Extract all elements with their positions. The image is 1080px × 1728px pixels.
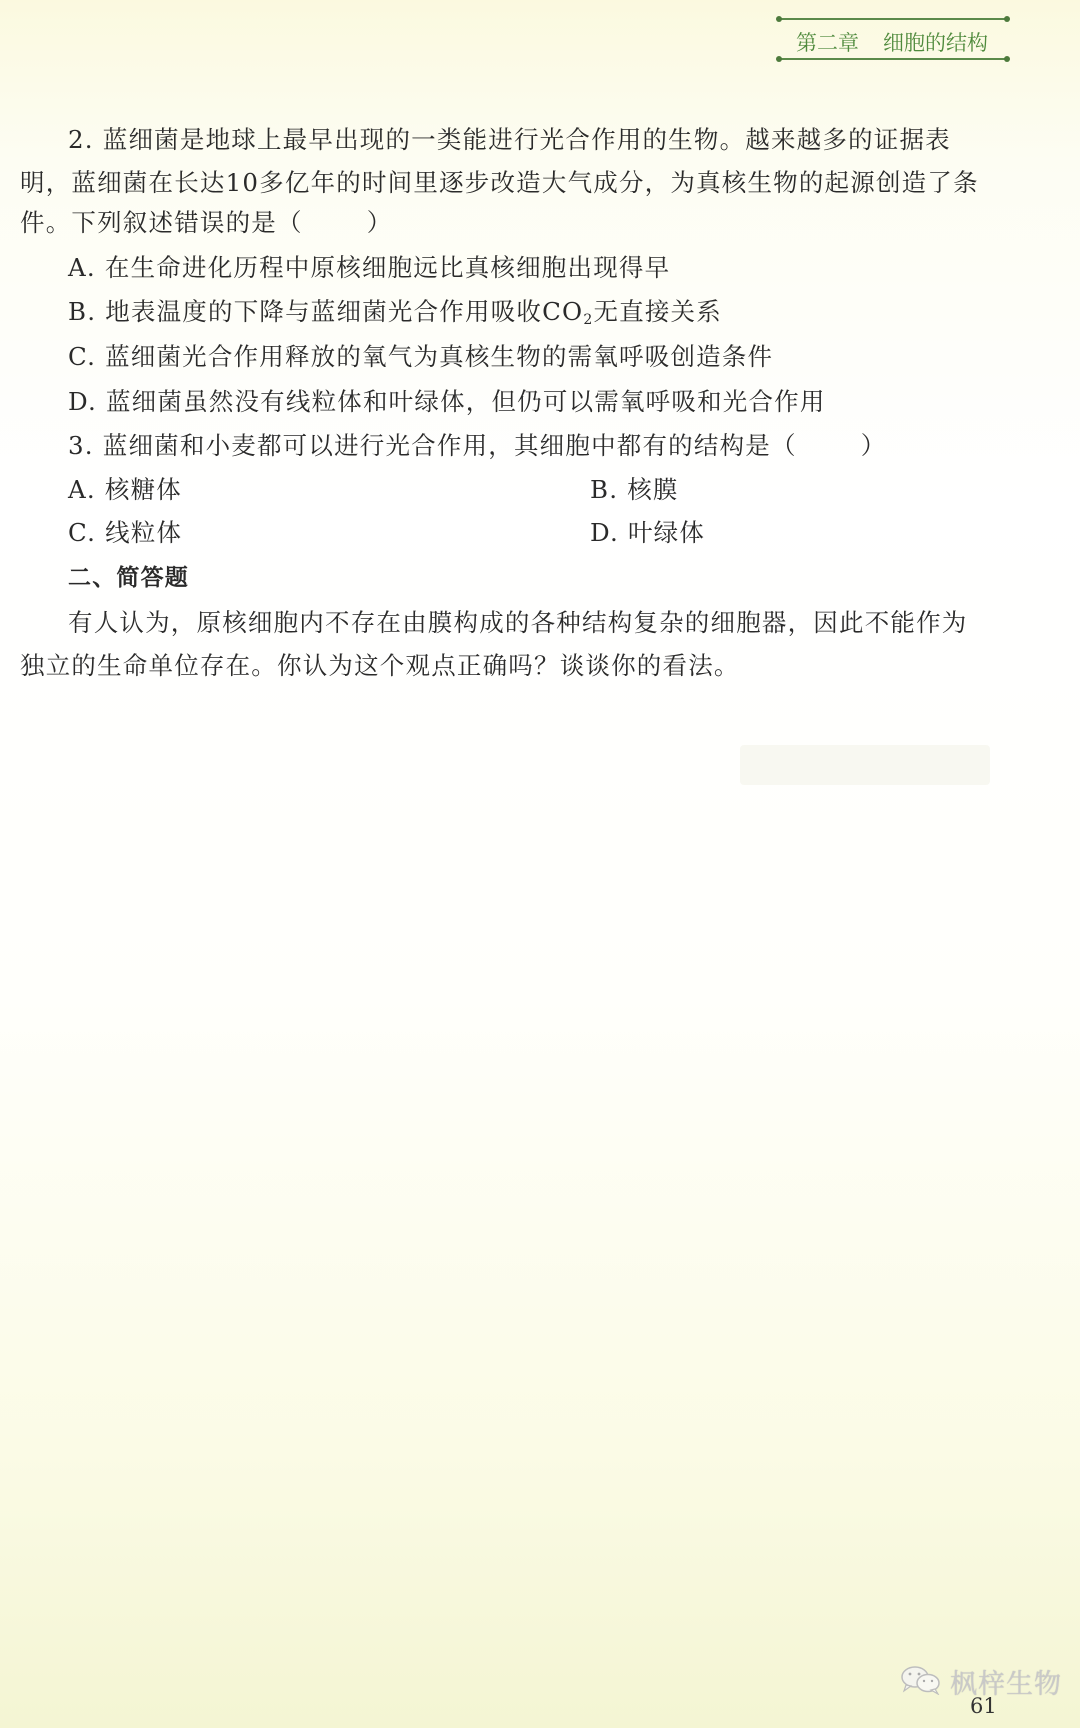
- q2-option-b: B. 地表温度的下降与蓝细菌光合作用吸收CO2无直接关系: [68, 297, 722, 335]
- short-answer-line-2: 独立的生命单位存在。你认为这个观点正确吗？谈谈你的看法。: [20, 651, 740, 681]
- question-number: 2.: [68, 125, 94, 154]
- page-number: 61: [970, 1694, 997, 1718]
- wechat-icon: [900, 1665, 944, 1699]
- question-2-line-3: 件。下列叙述错误的是（）: [20, 208, 392, 238]
- q2-option-d: D. 蓝细菌虽然没有线粒体和叶绿体，但仍可以需氧呼吸和光合作用: [68, 387, 826, 417]
- chapter-name: 细胞的结构: [883, 31, 988, 55]
- short-answer-line-1: 有人认为，原核细胞内不存在由膜构成的各种结构复杂的细胞器，因此不能作为: [68, 608, 968, 638]
- chapter-header: 第二章细胞的结构: [778, 14, 1008, 64]
- section-heading: 二、简答题: [68, 563, 189, 593]
- q3-option-b: B. 核膜: [590, 475, 679, 505]
- bleed-through-mark: [740, 745, 990, 785]
- q2-option-c: C. 蓝细菌光合作用释放的氧气为真核生物的需氧呼吸创造条件: [68, 342, 773, 372]
- q3-option-d: D. 叶绿体: [590, 518, 705, 548]
- chapter-number: 第二章: [796, 31, 859, 55]
- q3-option-c: C. 线粒体: [68, 518, 182, 548]
- q2-option-a: A. 在生命进化历程中原核细胞远比真核细胞出现得早: [68, 253, 670, 283]
- header-rule-top: [778, 18, 1008, 20]
- watermark-text: 枫梓生物: [950, 1662, 1062, 1701]
- question-3-stem: 3. 蓝细菌和小麦都可以进行光合作用，其细胞中都有的结构是（）: [68, 431, 886, 461]
- question-number: 3.: [68, 431, 94, 460]
- question-2-line-2: 明，蓝细菌在长达10多亿年的时间里逐步改造大气成分，为真核生物的起源创造了条: [20, 168, 979, 198]
- question-2-line-1: 2. 蓝细菌是地球上最早出现的一类能进行光合作用的生物。越来越多的证据表: [68, 125, 951, 155]
- q3-option-a: A. 核糖体: [68, 475, 182, 505]
- header-rule-bottom: [778, 58, 1008, 60]
- chapter-title: 第二章细胞的结构: [796, 27, 988, 57]
